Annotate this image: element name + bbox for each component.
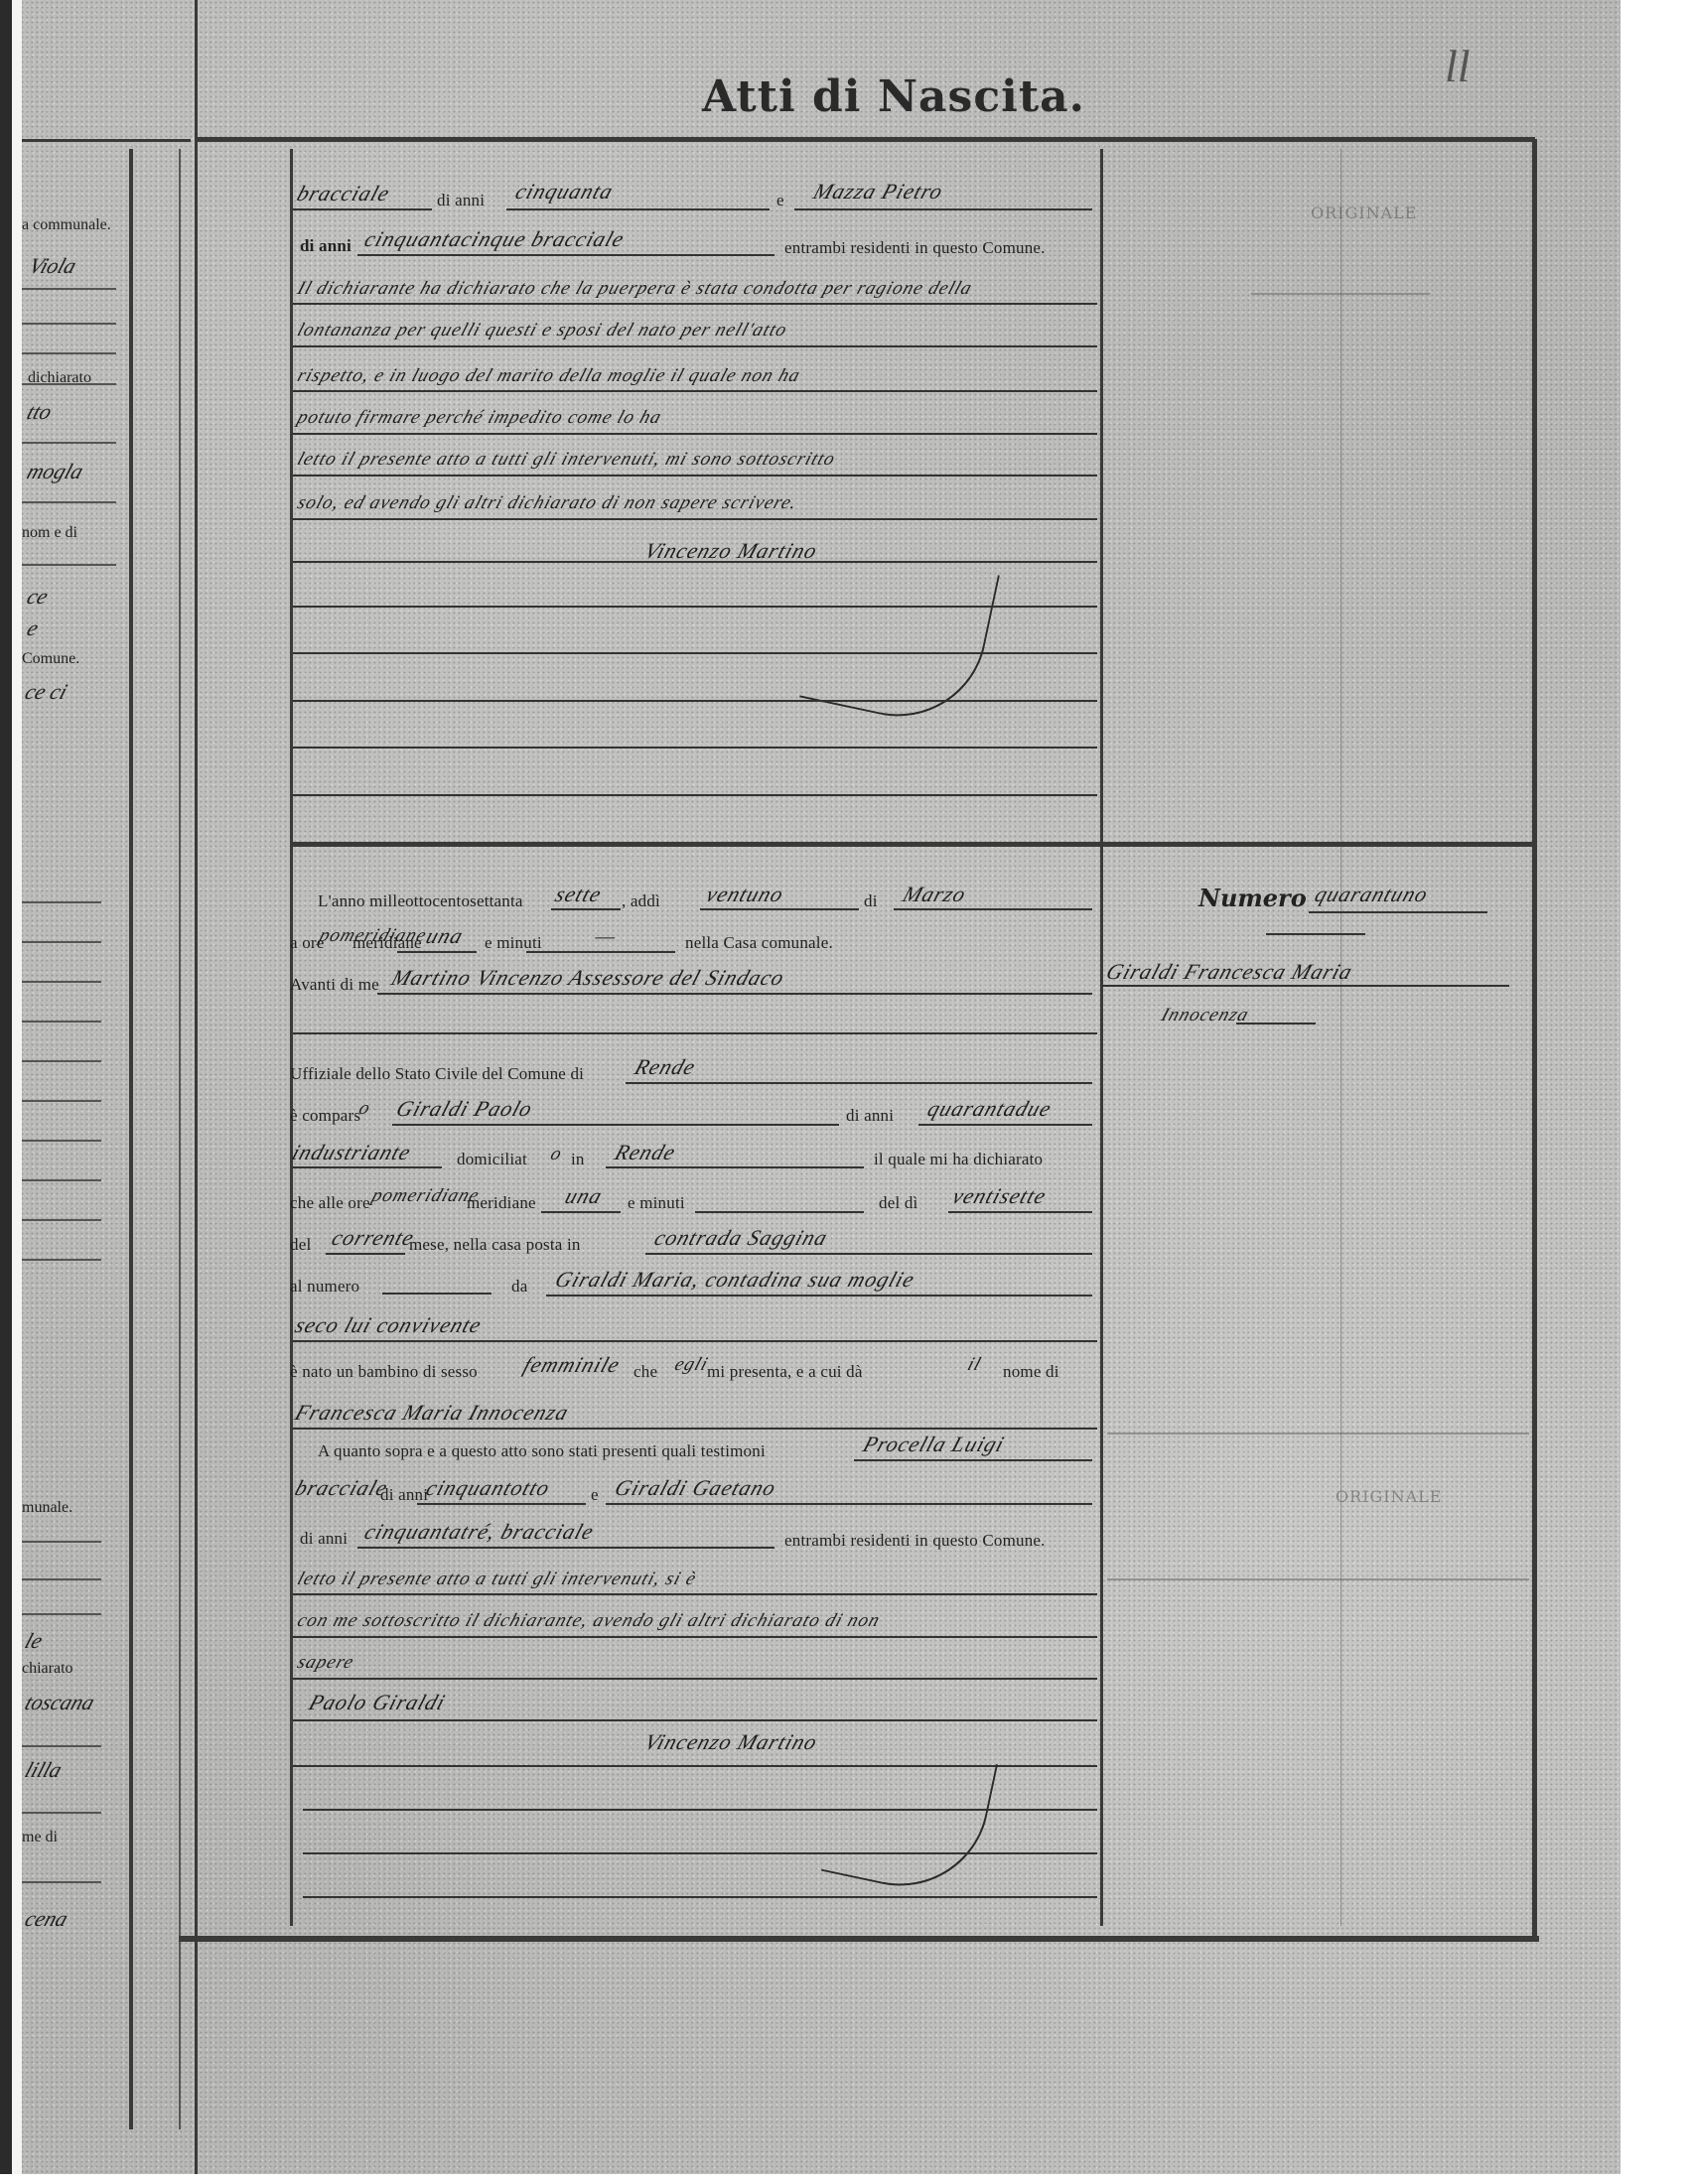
main-column-left-border [290, 149, 293, 1926]
witness1-occupation: bracciale [292, 1475, 392, 1501]
strip-rule [22, 139, 191, 142]
note-line: Il dichiarante ha dichiarato che la puer… [294, 278, 975, 300]
strip-label: nom e di [22, 524, 77, 542]
witness1-occupation: bracciale [294, 181, 394, 206]
form-rule [293, 1719, 1097, 1721]
numero-flourish-rule [1266, 933, 1365, 935]
label-age: di anni [300, 236, 352, 256]
form-rule [626, 1082, 1092, 1084]
form-rule [546, 1295, 1092, 1297]
corner-annotation: ll [1445, 40, 1471, 92]
strip-rule [22, 1541, 101, 1543]
form-rule [526, 951, 675, 953]
form-rule [293, 652, 1097, 654]
strip-border-line [129, 149, 133, 2129]
strip-rule [22, 1060, 101, 1062]
frame-bottom-rule [179, 1936, 1539, 1942]
form-rule [293, 1678, 1097, 1680]
title-rule [195, 137, 1535, 142]
form-rule [293, 433, 1097, 435]
strip-rule [22, 1259, 101, 1261]
form-rule [293, 700, 1097, 702]
witness2-name: Mazza Pietro [810, 179, 947, 205]
month-value: Marzo [900, 882, 970, 907]
strip-handwriting: ce ci [22, 679, 70, 705]
form-rule [293, 208, 432, 210]
note-line: con me sottoscritto il dichiarante, aven… [294, 1610, 883, 1632]
label-meridian: meridiane [352, 933, 422, 953]
form-rule [293, 1340, 1097, 1342]
label-domiciled: domiciliat [457, 1150, 527, 1169]
form-rule [293, 390, 1097, 392]
strip-rule [22, 1100, 101, 1102]
label-place: nella Casa comunale. [685, 933, 833, 953]
strip-rule [22, 1613, 101, 1615]
form-rule [293, 1593, 1097, 1595]
note-line: letto il presente atto a tutti gli inter… [294, 449, 838, 471]
numero-value: quarantuno [1312, 882, 1432, 907]
note-line: sapere [294, 1652, 356, 1674]
strip-rule [22, 1179, 101, 1181]
form-rule [382, 1293, 492, 1295]
witness2-age-occupation: cinquantacinque bracciale [361, 226, 629, 252]
page-title: Atti di Nascita. [665, 71, 1122, 122]
witness2-name: Giraldi Gaetano [612, 1475, 780, 1501]
mother-cohabitation: seco lui convivente [292, 1312, 486, 1338]
mother-name: Giraldi Maria, contadina sua moglie [552, 1267, 918, 1293]
label-day: , addì [622, 891, 660, 911]
officer-signature: Vincenzo Martino [641, 1729, 821, 1755]
strip-rule [22, 1745, 101, 1747]
form-rule [293, 1166, 442, 1168]
label-house: mese, nella casa posta in [409, 1235, 581, 1255]
faded-stamp: ORIGINALE [1336, 1487, 1442, 1506]
child-sex: femminile [520, 1352, 624, 1378]
label-before-me: Avanti di me [290, 975, 379, 995]
label-witnesses: A quanto sopra e a questo atto sono stat… [318, 1441, 766, 1461]
label-and: e [776, 191, 784, 210]
form-rule [948, 1211, 1092, 1213]
label-appeared: è compars [290, 1106, 360, 1126]
declarant-name: Giraldi Paolo [393, 1096, 536, 1122]
witness1-age: cinquantotto [423, 1475, 554, 1501]
form-rule [357, 254, 774, 256]
note-line: lontananza per quelli questi e sposi del… [294, 320, 789, 341]
form-rule [293, 1636, 1097, 1638]
strip-rule [22, 1140, 101, 1142]
strip-label: chiarato [22, 1660, 73, 1678]
label-minutes: e minuti [485, 933, 542, 953]
registrant-name: Giraldi Francesca Maria [1103, 959, 1356, 985]
comune-value: Rende [632, 1054, 699, 1080]
witness1-name: Procella Luigi [860, 1432, 1008, 1457]
label-born: è nato un bambino di sesso [290, 1362, 478, 1382]
form-rule [293, 747, 1097, 749]
strip-rule [22, 352, 116, 354]
label-age: di anni [846, 1106, 894, 1126]
strip-rule [22, 501, 116, 503]
form-rule [303, 1896, 1097, 1898]
form-rule [700, 908, 859, 910]
label-and: e [591, 1485, 599, 1505]
label-year: L'anno milleottocentosettanta [318, 891, 523, 911]
note-line: rispetto, e in luogo del marito della mo… [294, 365, 803, 387]
form-rule [606, 1166, 864, 1168]
form-rule [357, 1547, 774, 1549]
page-gutter [12, 0, 22, 2174]
strip-border-line [179, 149, 181, 2129]
label-of: di [864, 891, 878, 911]
form-rule [303, 1852, 1097, 1854]
form-rule [293, 794, 1097, 796]
form-rule [326, 1253, 405, 1255]
form-rule [293, 303, 1097, 305]
strip-rule [22, 1578, 101, 1580]
label-in: in [571, 1150, 585, 1169]
strip-label: Comune. [22, 650, 79, 668]
declarant-signature: Paolo Giraldi [306, 1690, 449, 1715]
strip-rule [22, 981, 101, 983]
label-meridian: meridiane [467, 1193, 536, 1213]
form-rule [293, 1032, 1097, 1034]
form-rule [293, 606, 1097, 608]
birth-place-value: contrada Saggina [651, 1225, 832, 1251]
form-rule [551, 908, 621, 910]
form-rule [794, 208, 1092, 210]
strip-rule [22, 323, 116, 325]
strip-rule [22, 564, 116, 566]
strip-rule [22, 442, 116, 444]
strip-handwriting: toscana [22, 1690, 98, 1715]
strip-rule [22, 901, 101, 903]
witness1-age: cinquanta [512, 179, 617, 205]
note-line: solo, ed avendo gli altri dichiarato di … [294, 492, 800, 514]
strip-label: munale. [22, 1499, 72, 1517]
form-rule [1236, 1023, 1316, 1024]
form-rule [293, 345, 1097, 347]
strip-handwriting: Viola [26, 253, 79, 279]
domicile-place: Rende [612, 1140, 679, 1165]
label-residence: entrambi residenti in questo Comune. [784, 1531, 1046, 1551]
year-value: sette [552, 882, 606, 907]
frame-right-line [1532, 139, 1537, 1941]
label-number: al numero [290, 1277, 359, 1297]
faded-rule [1107, 1433, 1529, 1434]
strip-rule [22, 1021, 101, 1023]
form-rule [695, 1211, 864, 1213]
label-age: di anni [380, 1485, 428, 1505]
label-from: da [511, 1277, 527, 1297]
strip-handwriting: cena [22, 1906, 71, 1932]
strip-rule [22, 1881, 101, 1883]
faded-rule [1251, 293, 1430, 295]
form-rule [293, 1428, 1097, 1430]
child-name: Francesca Maria Innocenza [292, 1400, 573, 1426]
fold-line [1340, 149, 1341, 1926]
form-rule [303, 1809, 1097, 1811]
label-age: di anni [300, 1529, 348, 1549]
note-line: potuto firmare perché impedito come lo h… [294, 407, 664, 429]
label-day: del dì [879, 1193, 917, 1213]
frame-left-line [195, 0, 198, 2174]
label-minutes: e minuti [628, 1193, 685, 1213]
form-rule [377, 993, 1092, 995]
strip-label: a communale. [22, 216, 111, 234]
strip-label: dichiarato [28, 369, 91, 387]
form-rule [854, 1459, 1092, 1461]
label-age: di anni [437, 191, 485, 210]
birth-month-value: corrente [329, 1225, 418, 1251]
main-column-right-border [1100, 149, 1103, 1926]
declarant-occupation: industriante [289, 1140, 415, 1165]
form-rule [894, 908, 1092, 910]
label-who: che [633, 1362, 657, 1382]
form-rule [293, 561, 1097, 563]
label-residence: entrambi residenti in questo Comune. [784, 238, 1046, 258]
faded-stamp: ORIGINALE [1311, 204, 1417, 222]
form-rule [506, 208, 770, 210]
declarant-age: quarantadue [924, 1096, 1055, 1122]
numero-underline [1309, 911, 1487, 913]
form-rule [918, 1124, 1092, 1126]
strip-rule [22, 1812, 101, 1814]
form-rule [392, 1124, 839, 1126]
label-comune: Uffiziale dello Stato Civile del Comune … [290, 1064, 584, 1084]
day-value: ventuno [703, 882, 787, 907]
form-rule [293, 518, 1097, 520]
birth-day-value: ventisette [949, 1183, 1051, 1209]
officer-name: Martino Vincenzo Assessore del Sindaco [388, 965, 788, 991]
form-rule [1102, 985, 1509, 987]
form-rule [645, 1253, 1092, 1255]
note-line: letto il presente atto a tutti gli inter… [294, 1569, 699, 1590]
form-rule [541, 1211, 621, 1213]
strip-rule [22, 288, 116, 290]
form-rule [397, 951, 477, 953]
label-presents: mi presenta, e a cui dà [707, 1362, 863, 1382]
numero-label: Numero [1198, 884, 1307, 912]
strip-handwriting: mogla [24, 459, 86, 484]
birth-hour-value: pomeridiane [368, 1185, 482, 1207]
label-name: nome di [1003, 1362, 1059, 1382]
strip-label: me di [22, 1829, 58, 1846]
strip-rule [22, 1219, 101, 1221]
paper-grain-texture [0, 0, 1620, 2174]
form-rule [417, 1503, 586, 1505]
scanned-document-page: a communale. Viola dichiarato tto mogla … [0, 0, 1620, 2174]
strip-rule [22, 941, 101, 943]
faded-rule [1107, 1578, 1529, 1580]
witness2-age-occupation: cinquantatré, bracciale [361, 1519, 598, 1545]
label-declared: il quale mi ha dichiarato [874, 1150, 1043, 1169]
act-separator [290, 842, 1536, 847]
form-rule [606, 1503, 1092, 1505]
form-rule [293, 475, 1097, 477]
scan-edge-shadow [0, 0, 12, 2174]
label-birth-hour: che alle ore [290, 1193, 370, 1213]
label-of: del [290, 1235, 311, 1255]
